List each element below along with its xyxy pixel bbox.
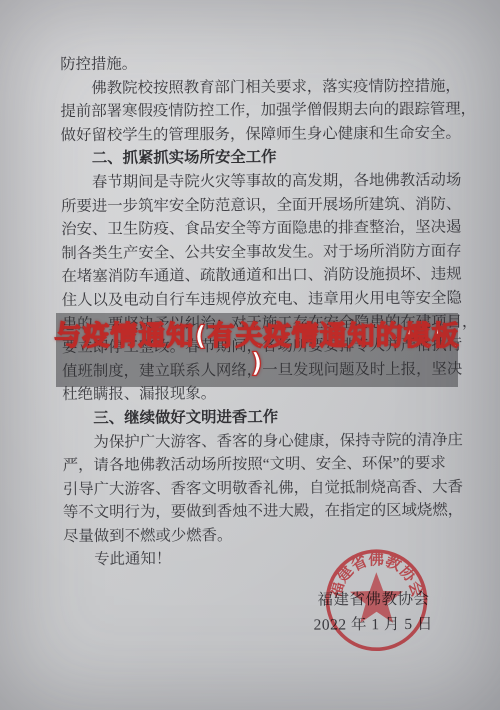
section-heading: 三、继续做好文明进香工作	[62, 405, 454, 431]
body-line: 春节期间是寺院火灾等事故的高发期，各地佛教活动场	[61, 169, 453, 195]
caption-title-close: )	[250, 348, 263, 379]
caption-overlay: 与疫情通知(有关疫情通知的模板 )	[56, 313, 458, 387]
official-seal: 福建省佛教协会	[322, 547, 433, 658]
star-icon	[350, 572, 404, 623]
body-line: 治安、卫生防疫、食品安全等方面隐患的排查整治，坚决遏	[61, 216, 453, 242]
body-line: 严，请各地佛教活动场所按照“文明、安全、环保”的要求	[63, 452, 455, 478]
notice-body: 防控措施。佛教院校按照教育部门相关要求，落实疫情防控措施，提前部署寒假疫情防控工…	[60, 51, 455, 572]
notice-photo: 防控措施。佛教院校按照教育部门相关要求，落实疫情防控措施，提前部署寒假疫情防控工…	[0, 0, 500, 710]
body-line: 引导广大游客、香客文明敬香礼佛，自觉抵制烧高香、大香	[63, 475, 455, 501]
body-line: 所要进一步筑牢安全防范意识，全面开展场所建筑、消防、	[61, 192, 453, 218]
body-line: 住人以及电动自行车违规停放充电、违章用火用电等安全隐	[62, 287, 454, 313]
body-line: 在堵塞消防车通道、疏散通道和出口、消防设施损坏、违规	[61, 263, 453, 289]
body-line: 提前部署寒假疫情防控工作，加强学僧假期去向的跟踪管理，	[60, 98, 452, 124]
body-line: 防控措施。	[60, 51, 452, 77]
body-line: 制各类生产安全、公共安全事故发生。对于场所消防方面存	[61, 240, 453, 266]
section-heading: 二、抓紧抓实场所安全工作	[61, 145, 453, 171]
body-line: 为保护广大游客、香客的身心健康，保持寺院的清净庄	[62, 428, 454, 454]
body-line: 佛教院校按照教育部门相关要求，落实疫情防控措施，	[60, 74, 452, 100]
body-line: 尽量做到不燃或少燃香。	[63, 523, 455, 549]
body-line: 等不文明行为，要做到香烛不进大殿，在指定的区域烧燃，	[63, 499, 455, 525]
body-line: 做好留校学生的管理服务，保障师生身心健康和生命安全。	[61, 122, 453, 148]
